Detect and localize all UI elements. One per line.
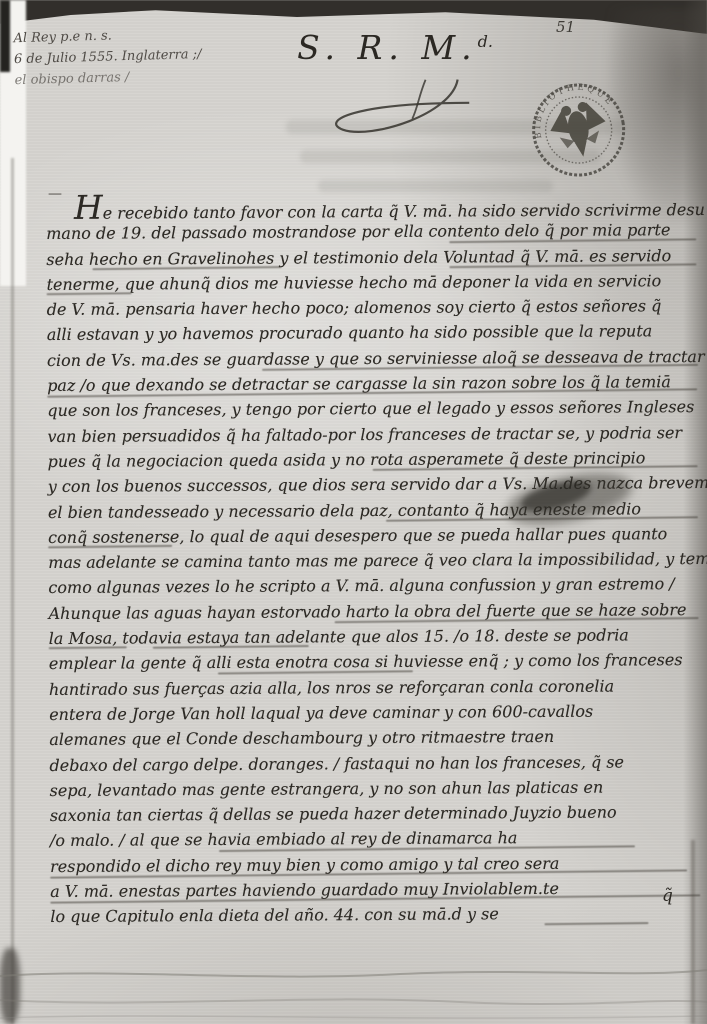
library-stamp-icon: BIBLIOTHEQUE — [521, 74, 637, 190]
manuscript-line: respondido el dicho rey muy bien y como … — [50, 850, 700, 879]
catchword: q̃ — [662, 886, 673, 906]
salutation-heading: S. R. M.d. — [280, 28, 510, 67]
underline-mark — [48, 545, 172, 548]
salutation-text: S. R. M. — [297, 28, 478, 67]
manuscript-line: la Mosa, todavia estaya tan adelante que… — [49, 622, 699, 651]
pen-flourish-icon — [298, 73, 493, 158]
manuscript-line: entera de Jorge Van holl laqual ya deve … — [49, 698, 699, 727]
gutter-crease — [11, 158, 14, 1024]
manuscript-page: Al Rey p.e n. s. 6 de Julio 1555. Inglat… — [0, 0, 707, 1024]
underline-mark — [153, 645, 309, 649]
underline-mark — [49, 647, 127, 650]
manuscript-line: pues q̃ la negociacion queda asida y no … — [48, 445, 698, 474]
manuscript-line: van bien persuadidos q̃ ha faltado-por l… — [47, 420, 697, 449]
salutation-superscript: d. — [478, 32, 493, 51]
underline-mark — [92, 266, 281, 270]
folio-number: 51 — [556, 18, 575, 36]
manuscript-line: como algunas vezes lo he scripto a V. ma… — [48, 571, 698, 600]
manuscript-line: alli estavan y yo havemos procurado quan… — [47, 319, 697, 348]
manuscript-line: paz ∕o que dexando se detractar se carga… — [47, 369, 697, 398]
bottom-crease-lines — [0, 938, 707, 1024]
manuscript-line: mano de 19. del passado mostrandose por … — [46, 217, 696, 246]
manuscript-line: a V. mā. enestas partes haviendo guarda… — [50, 875, 700, 904]
underline-mark — [218, 670, 413, 674]
manuscript-line: conq̃ sostenerse, lo qual de aqui desesp… — [48, 521, 698, 550]
manuscript-line: Ahunque las aguas hayan estorvado harto … — [48, 597, 698, 626]
manuscript-line: debaxo del cargo delpe. doranges. ∕ fast… — [49, 749, 699, 778]
manuscript-line: ∕o malo. ∕ al que se havia embiado al re… — [50, 824, 700, 853]
left-binding-edge — [0, 0, 10, 72]
manuscript-line: de V. mā. pensaria haver hecho poco; al… — [47, 293, 697, 322]
manuscript-line: seha hecho en Gravelinohes y el testimon… — [46, 243, 696, 272]
manuscript-line: que son los franceses, y tengo por ciert… — [47, 394, 697, 423]
underline-mark — [544, 922, 648, 925]
manuscript-line: alemanes que el Conde deschambourg y otr… — [49, 723, 699, 752]
letter-body: He recebido tanto favor con la carta q̃ … — [46, 192, 700, 930]
manuscript-line: cion de Vs. ma.des se guardasse y que so… — [47, 344, 697, 373]
underline-mark — [47, 292, 132, 295]
manuscript-line: tenerme, que ahunq̃ dios me huviesse hec… — [46, 268, 696, 297]
ink-bleedthrough — [318, 180, 553, 192]
manuscript-line: lo que Capitulo enla dieta del año. 44. … — [50, 900, 700, 929]
double-headed-eagle-icon — [546, 99, 611, 162]
manuscript-line: hantirado sus fuerças azia alla, los nro… — [49, 673, 699, 702]
manuscript-line: saxonia tan ciertas q̃ dellas se pueda h… — [50, 799, 700, 828]
manuscript-line: He recebido tanto favor con la carta q̃ … — [74, 192, 696, 221]
archival-annotation: Al Rey p.e n. s. 6 de Julio 1555. Inglat… — [13, 20, 315, 91]
manuscript-line: mas adelante se camina tanto mas me pare… — [48, 546, 698, 575]
manuscript-line: emplear la gente q̃ alli esta enotra cos… — [49, 647, 699, 676]
manuscript-line: sepa, levantado mas gente estrangera, y … — [50, 774, 700, 803]
